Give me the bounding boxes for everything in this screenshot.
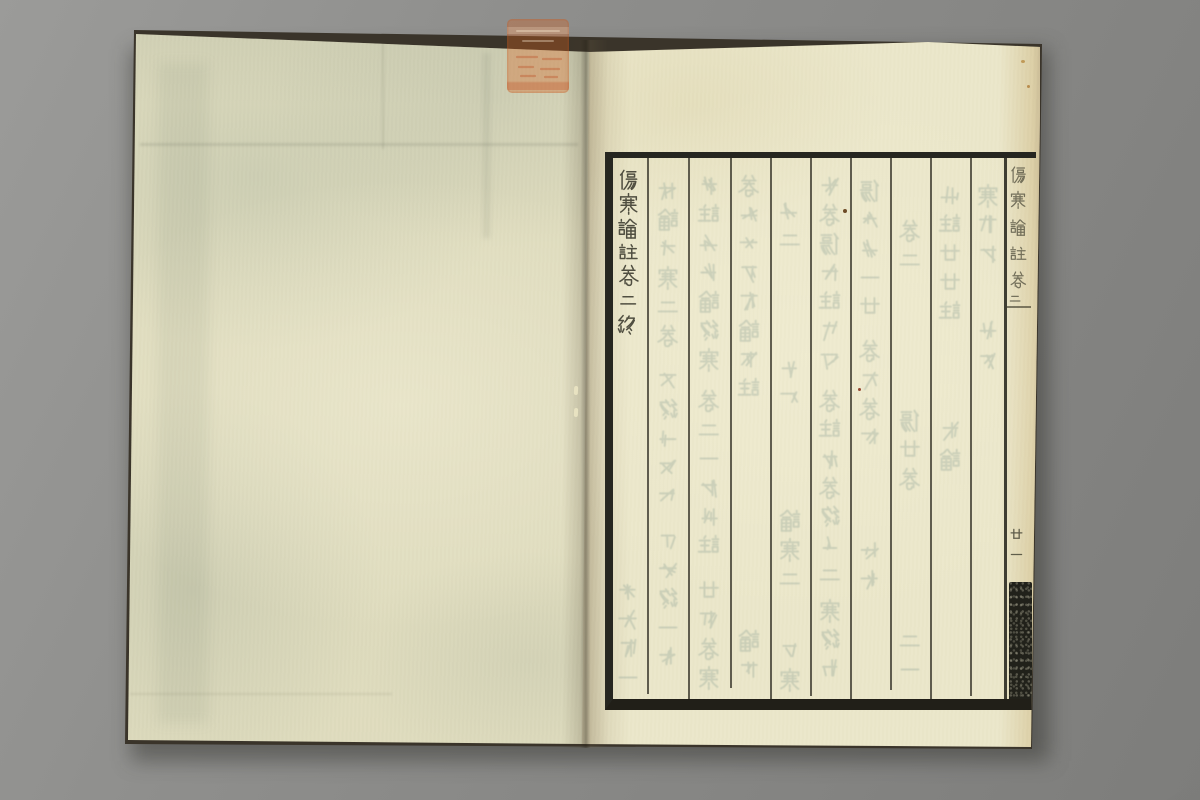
column-rule [688,158,690,699]
showthrough-line [140,143,578,146]
fold-divider-line [1007,306,1031,308]
black-ink-block [1009,582,1032,699]
column-rule [810,158,812,696]
column-rule [730,158,732,688]
paper-speck [1021,60,1025,63]
paper-speck [843,209,847,213]
column-rule [647,158,649,694]
paper-speck [858,388,861,391]
seal-glyph-marks [507,19,569,93]
text-frame [605,152,1036,710]
binding-stitch [574,408,578,417]
column-rule [770,158,772,699]
column-rule [890,158,892,690]
paper-speck [1027,85,1030,88]
photo-backdrop: 傷寒論註卷二終 傷寒論註卷二 廿一 [0,0,1200,800]
column-rule [970,158,972,696]
showthrough-line [130,693,392,695]
binding-stitch [574,386,578,395]
column-rule [930,158,932,699]
colophon-column [613,158,1036,699]
showthrough-band [158,63,208,723]
showthrough-text-layer [613,158,1036,699]
showthrough-line [382,39,384,149]
column-rule [850,158,852,699]
fold-strip [1007,158,1036,699]
showthrough-line [483,53,490,238]
library-seal-watermark [507,19,569,93]
